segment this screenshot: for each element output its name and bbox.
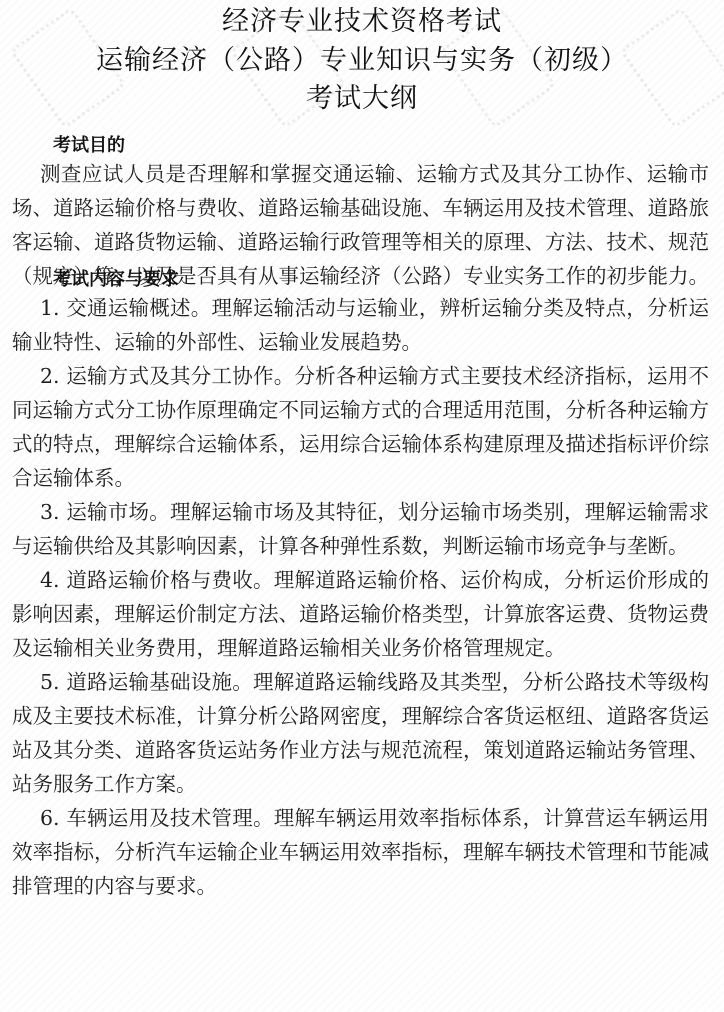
item-3-line: 与运输供给及其影响因素，计算各种弹性系数，判断运输市场竞争与垄断。 xyxy=(12,532,709,560)
item-4-line: 4. 道路运输价格与费收。理解道路运输价格、运价构成，分析运价形成的 xyxy=(40,566,709,594)
item-2-line: 同运输方式分工协作原理确定不同运输方式的合理适用范围，分析各种运输方 xyxy=(12,396,709,424)
item-6-line: 效率指标，分析汽车运输企业车辆运用效率指标，理解车辆技术管理和节能减 xyxy=(12,838,709,866)
item-4-line: 及运输相关业务费用，理解道路运输相关业务价格管理规定。 xyxy=(12,634,709,662)
item-5-line: 站务服务工作方案。 xyxy=(12,770,709,798)
section-heading-purpose: 考试目的 xyxy=(53,134,125,158)
document-title-line-1: 经济专业技术资格考试 xyxy=(0,6,724,38)
item-6-line: 6. 车辆运用及技术管理。理解车辆运用效率指标体系，计算营运车辆运用 xyxy=(40,804,709,832)
item-1-line: 输业特性、运输的外部性、运输业发展趋势。 xyxy=(12,328,709,356)
item-4-line: 影响因素，理解运价制定方法、道路运输价格类型，计算旅客运费、货物运费 xyxy=(12,600,709,628)
paragraph-line: 客运输、道路货物运输、道路运输行政管理等相关的原理、方法、技术、规范 xyxy=(12,228,709,256)
paragraph-line: 测查应试人员是否理解和掌握交通运输、运输方式及其分工协作、运输市 xyxy=(40,160,709,188)
section-heading-content: 考试内容与要求 xyxy=(53,268,179,292)
document-title-line-2: 运输经济（公路）专业知识与实务（初级） xyxy=(0,45,724,77)
item-5-line: 站及其分类、道路客货运站务作业方法与规范流程，策划道路运输站务管理、 xyxy=(12,736,709,764)
item-5-line: 成及主要技术标准，计算分析公路网密度，理解综合客货运枢纽、道路客货运 xyxy=(12,702,709,730)
item-2-line: 式的特点，理解综合运输体系，运用综合运输体系构建原理及描述指标评价综 xyxy=(12,430,709,458)
item-2-line: 2. 运输方式及其分工协作。分析各种运输方式主要技术经济指标，运用不 xyxy=(40,362,709,390)
document-title-line-3: 考试大纲 xyxy=(0,83,724,115)
paragraph-line: 场、道路运输价格与费收、道路运输基础设施、车辆运用及技术管理、道路旅 xyxy=(12,194,709,222)
item-6-line: 排管理的内容与要求。 xyxy=(12,872,709,900)
item-1-line: 1. 交通运输概述。理解运输活动与运输业，辨析运输分类及特点，分析运 xyxy=(40,294,709,322)
item-2-line: 合运输体系。 xyxy=(12,464,709,492)
item-5-line: 5. 道路运输基础设施。理解道路运输线路及其类型，分析公路技术等级构 xyxy=(40,668,709,696)
item-3-line: 3. 运输市场。理解运输市场及其特征，划分运输市场类别，理解运输需求 xyxy=(40,498,709,526)
